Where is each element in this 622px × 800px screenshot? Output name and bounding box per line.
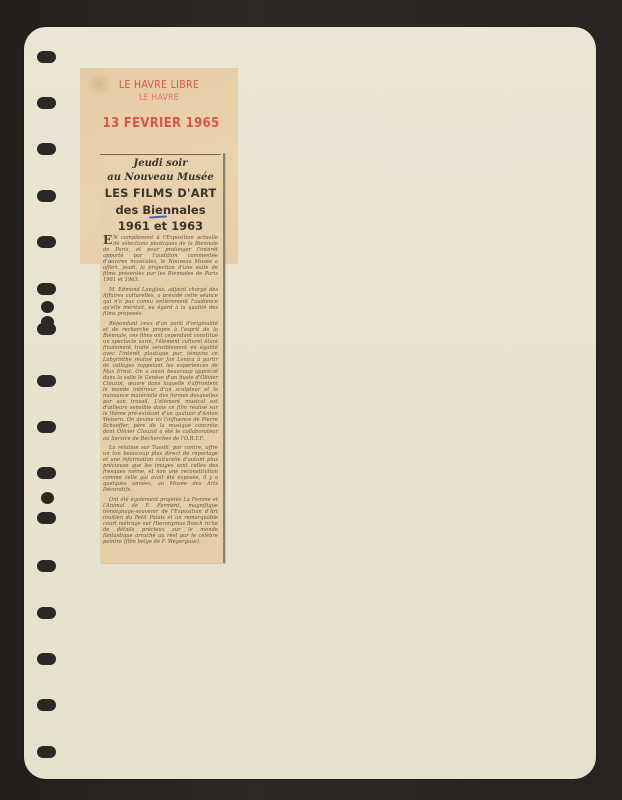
article-paragraph: EN complément à l'Exposition actuelle de… [103,235,218,283]
binder-hole [37,143,56,155]
paragraph-text: N complément à l'Exposition actuelle de … [103,235,218,283]
binder-hole [37,375,56,387]
article-title-line-3: 1961 et 1963 [100,219,221,233]
binder-hole [37,512,56,524]
kicker-line-1: Jeudi soir [100,158,221,169]
article-paragraph: Ont été également projetés La Femme et l… [103,497,218,545]
binder-hole [37,236,56,248]
binder-hole [37,190,56,202]
binder-hole [37,283,56,295]
binder-hole-round [41,492,54,504]
binder-hole [37,97,56,109]
binder-hole [37,607,56,619]
kicker-line-2: au Nouveau Musée [100,172,221,183]
binder-hole [37,653,56,665]
newspaper-clipping: Jeudi soir au Nouveau Musée LES FILMS D'… [100,153,225,563]
article-title: LES FILMS D'ART [100,186,221,200]
binder-hole [37,421,56,433]
binder-hole [37,560,56,572]
dropcap: E [103,235,112,245]
binder-hole [37,467,56,479]
article-body: EN complément à l'Exposition actuelle de… [103,235,218,549]
article-paragraph: La relation sur Tassili, par contre, off… [103,445,218,493]
stamp-date: 13 FEVRIER 1965 [82,116,240,131]
stamp-newspaper: LE HAVRE LIBRE [80,79,238,91]
binder-hole [37,323,56,335]
binder-hole [37,51,56,63]
stamp-city: LE HAVRE [80,93,238,103]
article-paragraph: M. Edmond Langlois, adjoint chargé des A… [103,287,218,317]
binder-hole-round [41,301,54,313]
article-paragraph: Répondant ceux d'un parti d'originalité … [103,321,218,442]
binder-hole [37,746,56,758]
binder-hole [37,699,56,711]
top-rule [100,154,221,155]
